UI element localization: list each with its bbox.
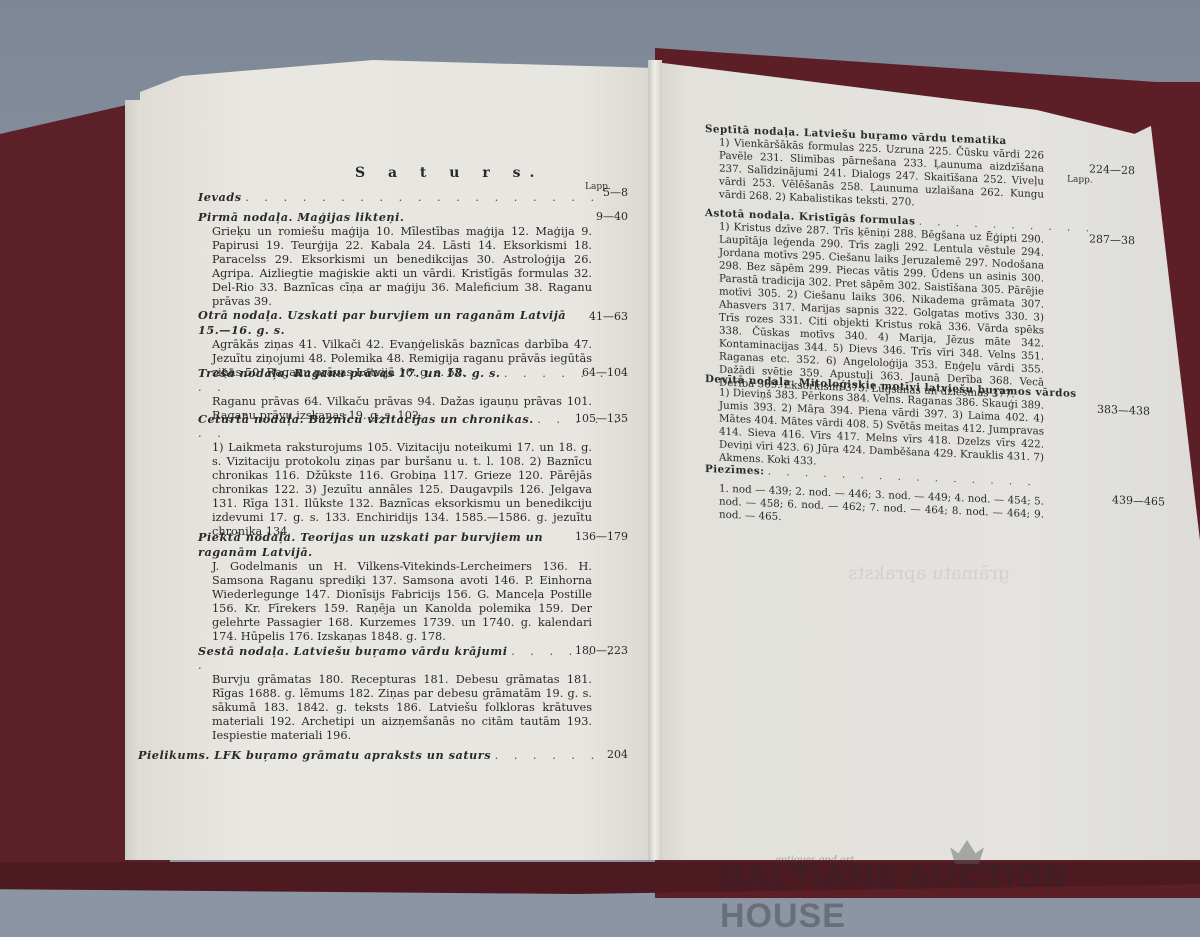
- toc-entry-chapter-5: Piektā nodaļa. Teorijas un uzskati par b…: [198, 530, 628, 644]
- watermark-brand: BALTIANS AUCTION HOUSE: [720, 858, 1200, 936]
- bleed-through-text: grāmatu apraksts: [848, 563, 1009, 584]
- entry-pages: 383—438: [1097, 403, 1150, 418]
- entry-pages: 287—38: [1089, 232, 1135, 247]
- book-gutter: [648, 60, 662, 860]
- entry-body: J. Godelmanis un H. Vilkens-Vitekinds-Le…: [198, 560, 592, 644]
- entry-heading: Pielikums. LFK buŗamo grāmatu apraksts u…: [138, 748, 491, 762]
- entry-pages: 224—28: [1089, 162, 1135, 177]
- entry-pages: 64—104: [582, 366, 628, 380]
- dot-leader: . . . . . . . . . . . . . . . . . . .: [245, 191, 600, 204]
- toc-entry-chapter-4: Ceturtā nodaļa. Baznīcu vizitacijas un c…: [198, 412, 628, 539]
- entry-body: 1) Laikmeta raksturojums 105. Vizitaciju…: [198, 441, 592, 539]
- toc-entry-chapter-6: Sestā nodaļa. Latviešu buŗamo vārdu krāj…: [198, 644, 628, 743]
- entry-heading: Piezīmes:: [705, 463, 765, 477]
- entry-body: Burvju grāmatas 180. Recepturas 181. Deb…: [198, 673, 592, 743]
- entry-heading: Sestā nodaļa. Latviešu buŗamo vārdu krāj…: [198, 644, 507, 658]
- entry-body: 1) Dieviņš 383. Pērkons 384. Velns. Raga…: [705, 386, 1044, 478]
- entry-pages: 204: [607, 748, 628, 762]
- entry-pages: 136—179: [575, 530, 628, 544]
- entry-pages: 180—223: [575, 644, 628, 658]
- page-title: S a t u r s.: [355, 165, 543, 181]
- entry-body: 1) Vienkāršākās formulas 225. Uzruna 225…: [705, 136, 1044, 215]
- entry-pages: 439—465: [1112, 493, 1165, 508]
- entry-heading: Otrā nodaļa. Uzskati par burvjiem un rag…: [198, 308, 566, 337]
- entry-pages: 9—40: [596, 210, 628, 224]
- entry-heading: Ievads: [198, 190, 242, 204]
- dot-leader: . . . . . .: [495, 749, 601, 762]
- entry-heading: Pirmā nodaļa. Maģijas likteņi.: [198, 210, 404, 224]
- toc-entry-appendix: Pielikums. LFK buŗamo grāmatu apraksts u…: [138, 748, 628, 763]
- entry-pages: 5—8: [603, 186, 628, 200]
- entry-heading: Piektā nodaļa. Teorijas un uzskati par b…: [198, 530, 543, 559]
- entry-heading: Ceturtā nodaļa. Baznīcu vizitacijas un c…: [198, 412, 534, 426]
- toc-entry-ievads: Ievads . . . . . . . . . . . . . . . . .…: [198, 190, 628, 205]
- entry-pages: 41—63: [589, 310, 628, 324]
- entry-heading: Trešā nodaļa. Raganu prāvas 17. un 18. g…: [198, 366, 500, 380]
- toc-entry-chapter-1: Pirmā nodaļa. Maģijas likteņi. 9—40 Grie…: [198, 210, 628, 309]
- entry-pages: 105—135: [575, 412, 628, 426]
- entry-body: Grieķu un romiešu maģija 10. Mīlestības …: [198, 225, 592, 309]
